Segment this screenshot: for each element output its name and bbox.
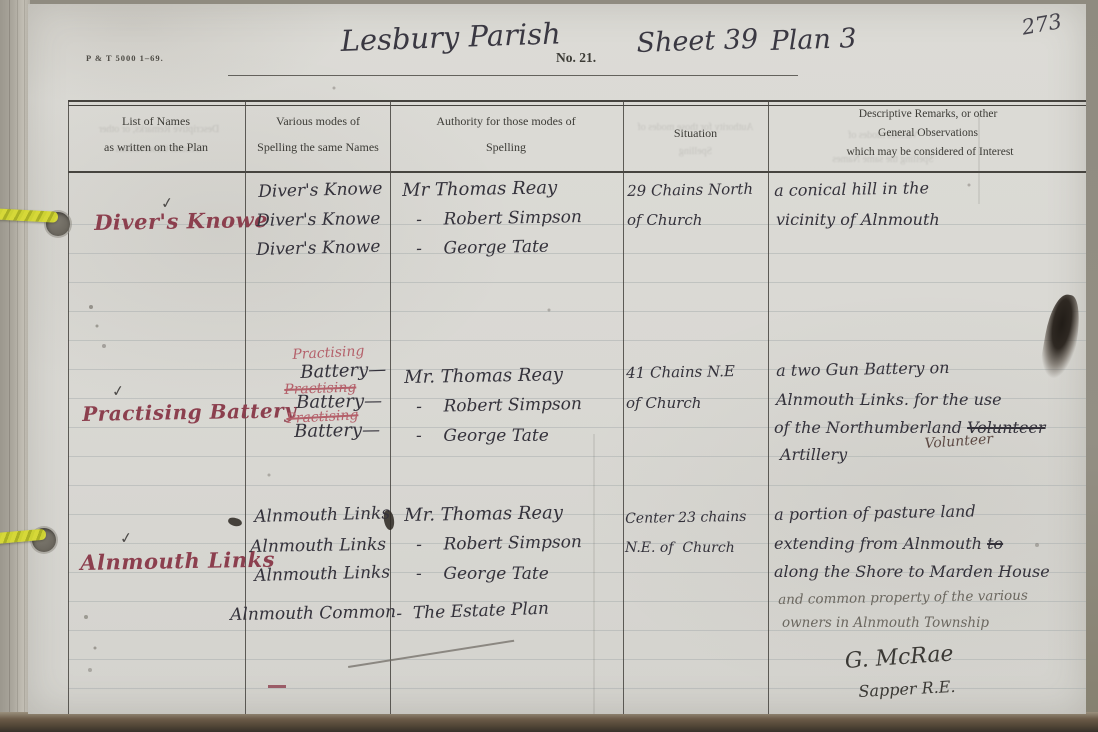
column-header-spelling-line1: Various modes of [250,114,386,129]
column-divider-3 [623,100,624,714]
row2-authority-3: - George Tate [416,426,549,446]
row3-spelling-3: Alnmouth Links [254,562,390,586]
column-divider-4 [768,100,769,714]
register-page: P & T 5000 1–69. Lesbury Parish No. 21. … [28,4,1086,714]
page-edge-line [17,0,18,714]
row1-authority-2: - Robert Simpson [416,207,582,230]
row1-authority-1: Mr Thomas Reay [402,177,557,201]
row2-spelling-3: Battery— [294,420,380,442]
maroon-dash [268,685,286,688]
checkmark: ✓ [111,381,126,402]
row2-name: Practising Battery [82,398,297,426]
column-header-remarks-line2: General Observations [788,127,1068,139]
row2-situation-2: of Church [626,394,701,412]
checkmark: ✓ [119,528,134,549]
column-header-names-line2: as written on the Plan [71,140,241,155]
row2-situation-1: 41 Chains N.E [626,362,735,382]
row3-remarks-struck-word: to [987,534,1003,553]
row3-remarks-pencil-2: owners in Alnmouth Township [782,615,989,631]
row3-spelling-2: Alnmouth Links [250,535,386,557]
row2-authority-1: Mr. Thomas Reay [404,364,563,388]
row3-authority-2: - Robert Simpson [416,532,582,555]
row3-authority-3: - George Tate [416,564,549,584]
row3-name: Alnmouth Links [80,547,275,575]
bleedthrough-line [593,434,595,714]
column-header-authority-line2: Spelling [406,140,606,155]
row2-remarks-2: Alnmouth Links. for the use [776,390,1002,409]
column-header-spelling-line2: Spelling the same Names [246,140,390,155]
row3-spelling-4: Alnmouth Common [230,602,396,625]
row1-situation-2: of Church [627,211,702,229]
row2-authority-2: - Robert Simpson [416,394,582,417]
row1-spelling-3: Diver's Knowe [256,237,381,260]
page-edge-line [9,0,10,714]
page-title-parish: Lesbury Parish [340,16,561,58]
column-header-remarks-line3: which may be considered of Interest [780,146,1080,158]
table-top-line-1 [68,100,1086,102]
column-header-situation: Situation [628,126,763,141]
page-number: 273 [1020,9,1064,40]
column-header-authority-line1: Authority for those modes of [406,114,606,129]
title-underline [228,75,798,76]
row3-remarks-1: a portion of pasture land [774,501,976,524]
table-top-line-2 [68,105,1086,106]
paper-specks [28,4,30,6]
row3-remarks-2: extending from Alnmouth [774,534,987,553]
row3-remarks-3: along the Shore to Marden House [774,562,1050,581]
row1-remarks-1: a conical hill in the [774,178,929,200]
page-title-number: No. 21. [556,50,596,66]
page-edge-line [24,0,25,714]
row1-spelling-2: Diver's Knowe [256,209,380,231]
row3-situation-2: N.E. of Church [625,540,735,556]
row1-name: Diver's Knowe [94,207,268,235]
table-border-left [68,100,69,714]
row1-spelling-1: Diver's Knowe [258,179,383,202]
column-header-names-line1: List of Names [81,114,231,129]
page-stack-bottom-edge [0,712,1098,732]
scanned-register-page: P & T 5000 1–69. Lesbury Parish No. 21. … [0,0,1098,732]
row3-situation-1: Center 23 chains [625,509,746,527]
row2-remarks-1: a two Gun Battery on [776,358,950,380]
row1-situation-1: 29 Chains North [627,180,753,200]
row3-spelling-1: Alnmouth Links [254,503,390,527]
row1-authority-3: - George Tate [416,237,549,259]
row2-remarks-4: Artillery [780,445,847,464]
column-header-remarks-line1: Descriptive Remarks, or other [788,108,1068,120]
row1-remarks-2: vicinity of Alnmouth [776,210,940,229]
form-ruled-lines [68,196,1086,712]
page-title-plan: Plan 3 [770,23,857,57]
row3-authority-1: Mr. Thomas Reay [404,502,563,526]
form-code: P & T 5000 1–69. [86,53,164,63]
page-title-sheet: Sheet 39 [636,24,759,59]
page-stack-left-edge [0,0,30,714]
